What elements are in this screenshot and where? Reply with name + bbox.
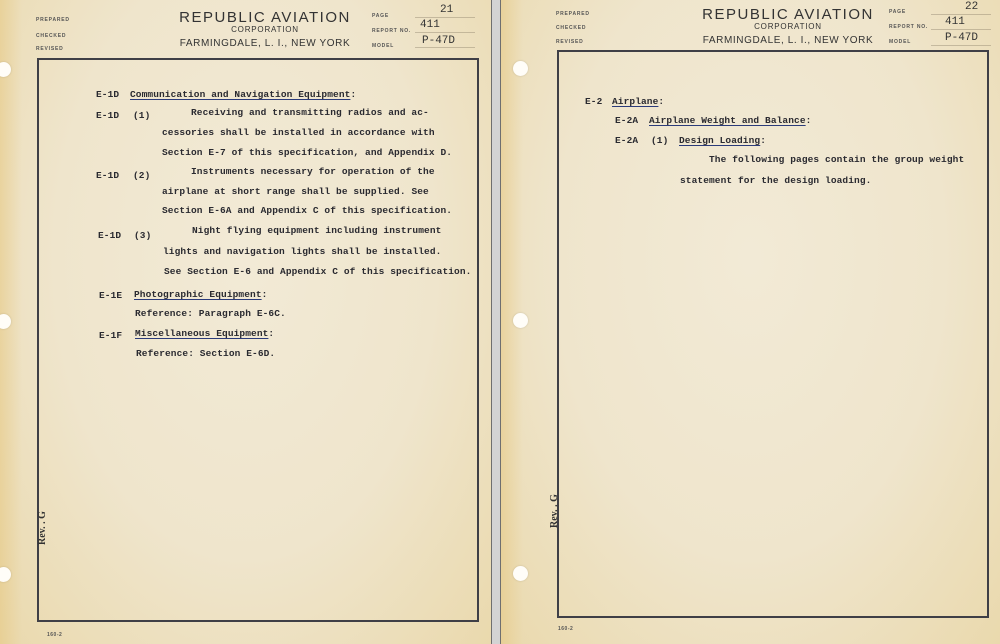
section-heading: Communication and Navigation Equipment: [130, 89, 356, 100]
paragraph-line: Instruments necessary for operation of t… [191, 166, 435, 177]
document-page-22: PREPARED CHECKED REVISED REPUBLIC AVIATI… [501, 0, 1000, 644]
punch-hole [513, 566, 528, 581]
paragraph-line: Night flying equipment including instrum… [192, 225, 441, 236]
prepared-label: PREPARED [36, 17, 70, 23]
paragraph-line: lights and navigation lights shall be in… [163, 246, 441, 257]
company-name: REPUBLIC AVIATION [160, 9, 370, 26]
form-number: 160-2 [558, 626, 573, 632]
punch-hole [0, 567, 11, 582]
section-ref: E-2 [585, 96, 602, 107]
paragraph-line: Section E-6A and Appendix C of this spec… [162, 205, 452, 216]
punch-hole [0, 62, 11, 77]
section-sub: (1) [651, 135, 668, 146]
section-sub: (1) [133, 110, 150, 121]
section-heading: Design Loading: [679, 135, 766, 146]
section-sub: (3) [134, 230, 151, 241]
heading-text: Design Loading [679, 135, 760, 146]
revision-stamp: Rev. . G [37, 511, 48, 545]
rule [931, 29, 991, 30]
rule [931, 45, 991, 46]
model-label: MODEL [889, 39, 911, 45]
report-number: 411 [945, 16, 965, 28]
section-ref: E-1D [96, 110, 119, 121]
section-ref: E-1D [98, 230, 121, 241]
section-ref: E-2A [615, 135, 638, 146]
report-number: 411 [420, 19, 440, 31]
rule [415, 47, 475, 48]
document-page-21: PREPARED CHECKED REVISED REPUBLIC AVIATI… [0, 0, 491, 644]
rule [415, 17, 475, 18]
company-sub: CORPORATION [683, 22, 893, 31]
page-number: 22 [965, 1, 978, 13]
company-location: FARMINGDALE, L. I., NEW YORK [160, 38, 370, 49]
revised-label: REVISED [556, 39, 584, 45]
form-number: 160-2 [47, 632, 62, 638]
paragraph-line: The following pages contain the group we… [709, 154, 964, 165]
rule [931, 14, 991, 15]
checked-label: CHECKED [556, 25, 586, 31]
company-block: REPUBLIC AVIATION CORPORATION FARMINGDAL… [160, 9, 370, 49]
heading-text: Airplane Weight and Balance [649, 115, 806, 126]
revision-stamp: Rev. . G [549, 494, 560, 528]
company-sub: CORPORATION [160, 25, 370, 34]
report-no-label: REPORT NO. [889, 24, 928, 30]
section-ref: E-1E [99, 290, 122, 301]
heading-text: Communication and Navigation Equipment [130, 89, 350, 100]
paragraph-line: Receiving and transmitting radios and ac… [191, 107, 429, 118]
model-number: P-47D [945, 32, 978, 44]
heading-text: Miscellaneous Equipment [135, 328, 268, 339]
report-no-label: REPORT NO. [372, 28, 411, 34]
page-label: PAGE [889, 9, 906, 15]
page-number: 21 [440, 4, 453, 16]
paragraph-line: airplane at short range shall be supplie… [162, 186, 429, 197]
section-ref: E-1D [96, 89, 119, 100]
paragraph-line: See Section E-6 and Appendix C of this s… [164, 266, 471, 277]
model-label: MODEL [372, 43, 394, 49]
paragraph-line: cessories shall be installed in accordan… [162, 127, 435, 138]
section-sub: (2) [133, 170, 150, 181]
heading-text: Photographic Equipment [134, 289, 262, 300]
section-ref: E-1F [99, 330, 122, 341]
section-ref: E-2A [615, 115, 638, 126]
section-heading: Airplane Weight and Balance: [649, 115, 811, 126]
prepared-label: PREPARED [556, 11, 590, 17]
reference-line: Reference: Section E-6D. [136, 348, 275, 359]
section-heading: Photographic Equipment: [134, 289, 267, 300]
company-location: FARMINGDALE, L. I., NEW YORK [683, 35, 893, 46]
company-block: REPUBLIC AVIATION CORPORATION FARMINGDAL… [683, 6, 893, 46]
paragraph-line: statement for the design loading. [680, 175, 871, 186]
page-label: PAGE [372, 13, 389, 19]
paragraph-line: Section E-7 of this specification, and A… [162, 147, 452, 158]
section-heading: Miscellaneous Equipment: [135, 328, 274, 339]
punch-hole [513, 61, 528, 76]
punch-hole [513, 313, 528, 328]
punch-hole [0, 314, 11, 329]
reference-line: Reference: Paragraph E-6C. [135, 308, 286, 319]
rule [415, 32, 475, 33]
page-divider [491, 0, 501, 644]
checked-label: CHECKED [36, 33, 66, 39]
section-heading: Airplane: [612, 96, 664, 107]
heading-text: Airplane [612, 96, 658, 107]
section-ref: E-1D [96, 170, 119, 181]
company-name: REPUBLIC AVIATION [683, 6, 893, 23]
revised-label: REVISED [36, 46, 64, 52]
model-number: P-47D [422, 35, 455, 47]
